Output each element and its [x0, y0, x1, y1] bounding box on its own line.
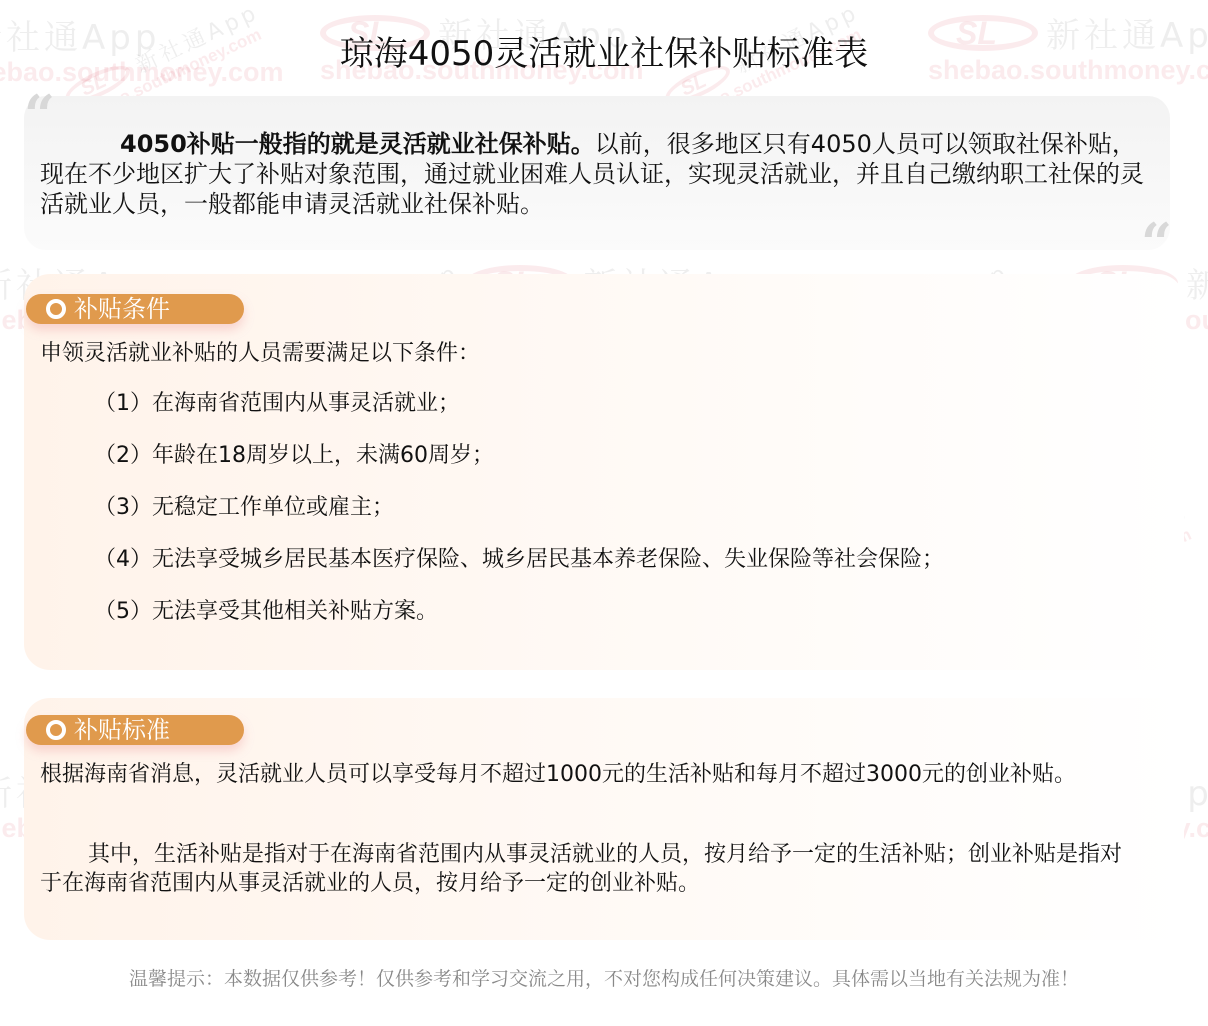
section-heading: 补贴条件	[74, 294, 170, 324]
close-quote-icon: “	[1141, 216, 1172, 270]
standards-section: 补贴标准 根据海南省消息，灵活就业人员可以享受每月不超过1000元的生活补贴和每…	[24, 698, 1184, 940]
list-item: （4）无法享受城乡居民基本医疗保险、城乡居民基本养老保险、失业保险等社会保险；	[94, 546, 944, 598]
conditions-section: 补贴条件 申领灵活就业补贴的人员需要满足以下条件： （1）在海南省范围内从事灵活…	[24, 274, 1184, 670]
conditions-list: （1）在海南省范围内从事灵活就业； （2）年龄在18周岁以上，未满60周岁； （…	[94, 390, 944, 650]
standards-paragraph: 根据海南省消息，灵活就业人员可以享受每月不超过1000元的生活补贴和每月不超过3…	[40, 760, 1130, 789]
conditions-lead: 申领灵活就业补贴的人员需要满足以下条件：	[40, 340, 480, 368]
intro-quote-box: “ 4050补贴一般指的就是灵活就业社保补贴。以前，很多地区只有4050人员可以…	[24, 96, 1170, 250]
intro-bold-lead: 4050补贴一般指的就是灵活就业社保补贴。	[120, 130, 595, 158]
standards-paragraph: 其中，生活补贴是指对于在海南省范围内从事灵活就业的人员，按月给予一定的生活补贴；…	[40, 840, 1130, 898]
section-heading: 补贴标准	[74, 715, 170, 745]
circle-bullet-icon	[46, 299, 66, 319]
page-title: 琼海4050灵活就业社保补贴标准表	[0, 26, 1208, 75]
list-item: （2）年龄在18周岁以上，未满60周岁；	[94, 442, 944, 494]
intro-text: 4050补贴一般指的就是灵活就业社保补贴。以前，很多地区只有4050人员可以领取…	[40, 129, 1152, 219]
list-item: （5）无法享受其他相关补贴方案。	[94, 598, 944, 650]
circle-bullet-icon	[46, 720, 66, 740]
section-heading-pill: 补贴标准	[26, 715, 244, 745]
section-heading-pill: 补贴条件	[26, 294, 244, 324]
list-item: （3）无稳定工作单位或雇主；	[94, 494, 944, 546]
list-item: （1）在海南省范围内从事灵活就业；	[94, 390, 944, 442]
disclaimer-footer: 温馨提示：本数据仅供参考！仅供参考和学习交流之用，不对您构成任何决策建议。具体需…	[0, 964, 1208, 991]
